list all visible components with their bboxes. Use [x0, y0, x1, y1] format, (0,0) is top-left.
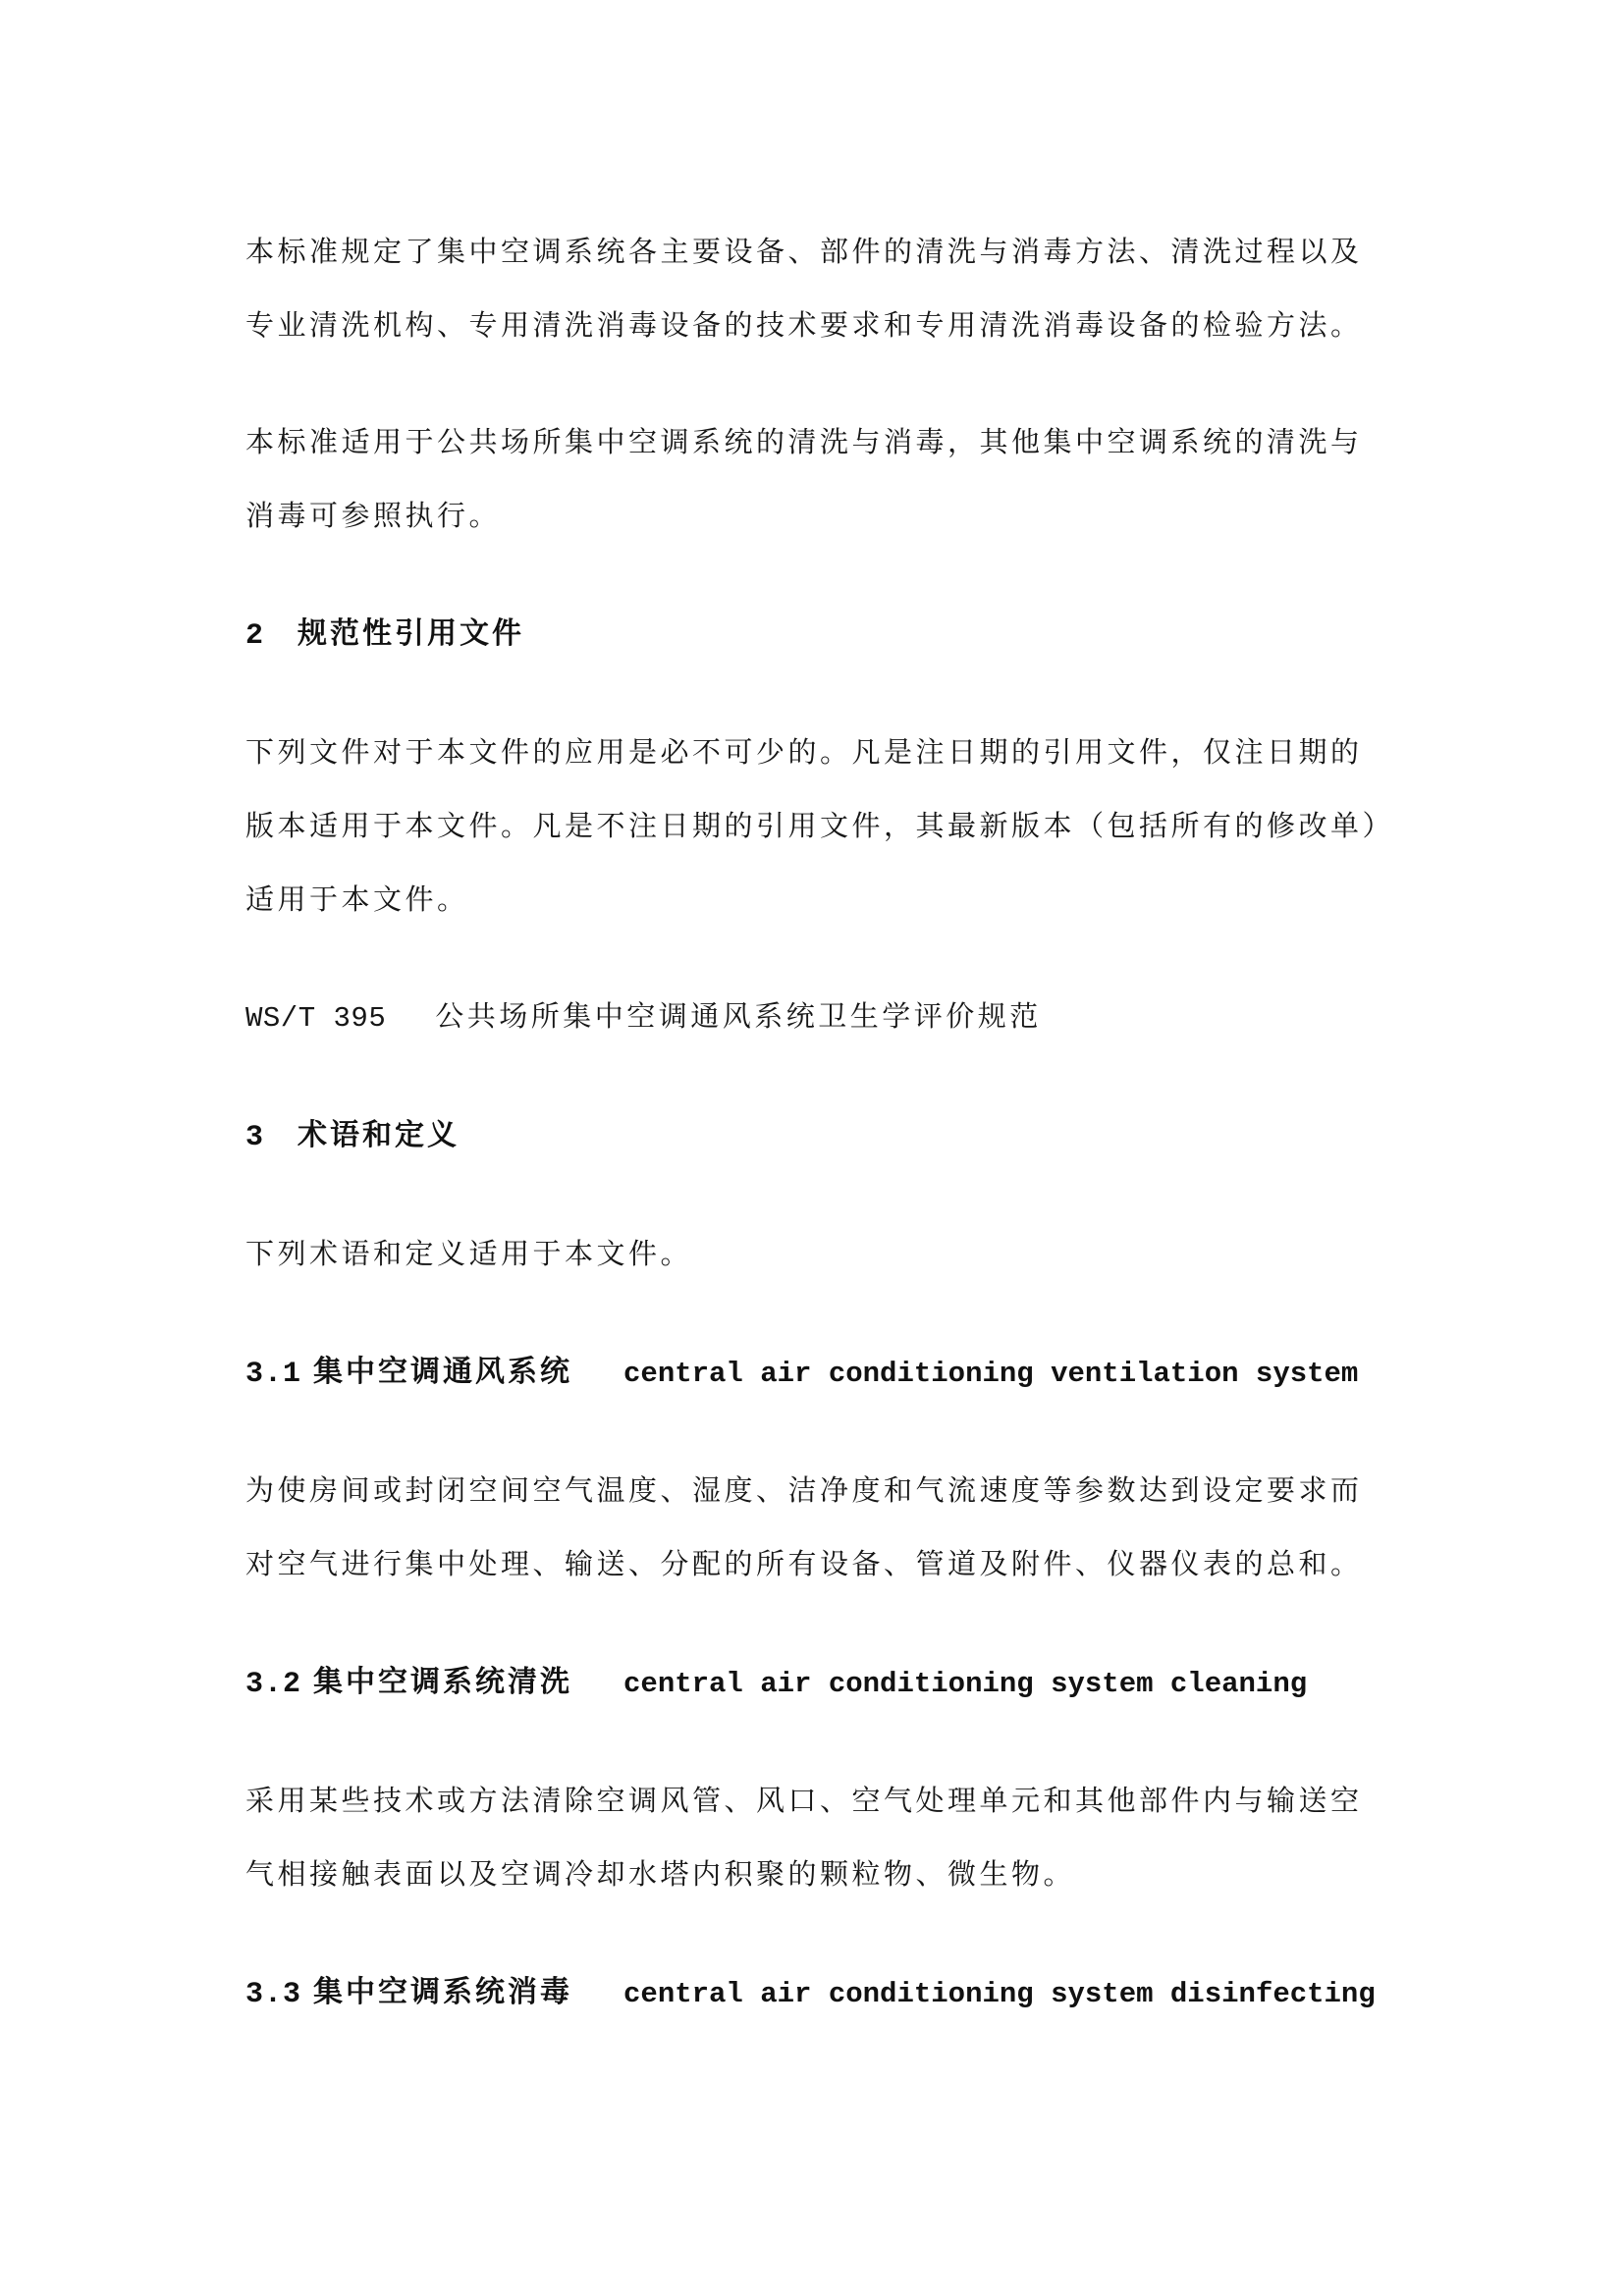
- term-title-en: central air conditioning system disinfec…: [623, 1978, 1376, 2010]
- paragraph-scope-1: 本标准规定了集中空调系统各主要设备、部件的清洗与消毒方法、清洗过程以及 专业清洗…: [245, 216, 1399, 363]
- document-content: 本标准规定了集中空调系统各主要设备、部件的清洗与消毒方法、清洗过程以及 专业清洗…: [245, 216, 1399, 2032]
- term-heading-3-1: 3.1集中空调通风系统central air conditioning vent…: [245, 1335, 1399, 1412]
- section-title: 规范性引用文件: [298, 617, 524, 650]
- term-heading-3-3: 3.3集中空调系统消毒central air conditioning syst…: [245, 1955, 1399, 2032]
- section-title: 术语和定义: [298, 1119, 460, 1151]
- normative-reference-entry: WS/T 395公共场所集中空调通风系统卫生学评价规范: [245, 981, 1399, 1055]
- paragraph-definition-3-1: 为使房间或封闭空间空气温度、湿度、洁净度和气流速度等参数达到设定要求而 对空气进…: [245, 1455, 1399, 1602]
- term-heading-3-2: 3.2集中空调系统清洗central air conditioning syst…: [245, 1645, 1399, 1722]
- paragraph-line: 气相接触表面以及空调冷却水塔内积聚的颗粒物、微生物。: [245, 1839, 1399, 1912]
- section-heading-3: 3术语和定义: [245, 1098, 1399, 1175]
- paragraph-line: 下列文件对于本文件的应用是必不可少的。凡是注日期的引用文件，仅注日期的: [245, 717, 1399, 790]
- paragraph-line: 为使房间或封闭空间空气温度、湿度、洁净度和气流速度等参数达到设定要求而: [245, 1455, 1399, 1528]
- term-title-en: central air conditioning system cleaning: [623, 1668, 1307, 1700]
- paragraph-line: 本标准规定了集中空调系统各主要设备、部件的清洗与消毒方法、清洗过程以及: [245, 216, 1399, 290]
- paragraph-scope-2: 本标准适用于公共场所集中空调系统的清洗与消毒，其他集中空调系统的清洗与 消毒可参…: [245, 406, 1399, 554]
- section-heading-2: 2规范性引用文件: [245, 597, 1399, 673]
- paragraph-line: 本标准适用于公共场所集中空调系统的清洗与消毒，其他集中空调系统的清洗与: [245, 406, 1399, 480]
- section-number: 2: [245, 619, 264, 653]
- paragraph-normative-intro: 下列文件对于本文件的应用是必不可少的。凡是注日期的引用文件，仅注日期的 版本适用…: [245, 717, 1399, 937]
- term-number: 3.1: [245, 1358, 301, 1391]
- paragraph-line: 对空气进行集中处理、输送、分配的所有设备、管道及附件、仪器仪表的总和。: [245, 1528, 1399, 1602]
- term-title-zh: 集中空调系统清洗: [313, 1666, 572, 1698]
- document-page: 本标准规定了集中空调系统各主要设备、部件的清洗与消毒方法、清洗过程以及 专业清洗…: [0, 0, 1624, 2296]
- paragraph-definition-3-2: 采用某些技术或方法清除空调风管、风口、空气处理单元和其他部件内与输送空 气相接触…: [245, 1765, 1399, 1912]
- paragraph-terms-intro: 下列术语和定义适用于本文件。: [245, 1218, 1399, 1292]
- paragraph-line: 适用于本文件。: [245, 864, 1399, 937]
- paragraph-line: 专业清洗机构、专用清洗消毒设备的技术要求和专用清洗消毒设备的检验方法。: [245, 290, 1399, 363]
- paragraph-line: 采用某些技术或方法清除空调风管、风口、空气处理单元和其他部件内与输送空: [245, 1765, 1399, 1839]
- term-title-zh: 集中空调通风系统: [313, 1356, 572, 1388]
- reference-code: WS/T 395: [245, 1002, 386, 1035]
- paragraph-line: 下列术语和定义适用于本文件。: [245, 1218, 1399, 1292]
- term-title-zh: 集中空调系统消毒: [313, 1976, 572, 2008]
- paragraph-line: 消毒可参照执行。: [245, 480, 1399, 554]
- section-number: 3: [245, 1121, 264, 1154]
- term-title-en: central air conditioning ventilation sys…: [623, 1358, 1358, 1390]
- paragraph-line: 版本适用于本文件。凡是不注日期的引用文件，其最新版本（包括所有的修改单）: [245, 790, 1399, 864]
- term-number: 3.2: [245, 1668, 301, 1701]
- reference-title: 公共场所集中空调通风系统卫生学评价规范: [435, 1001, 1042, 1033]
- term-number: 3.3: [245, 1978, 301, 2011]
